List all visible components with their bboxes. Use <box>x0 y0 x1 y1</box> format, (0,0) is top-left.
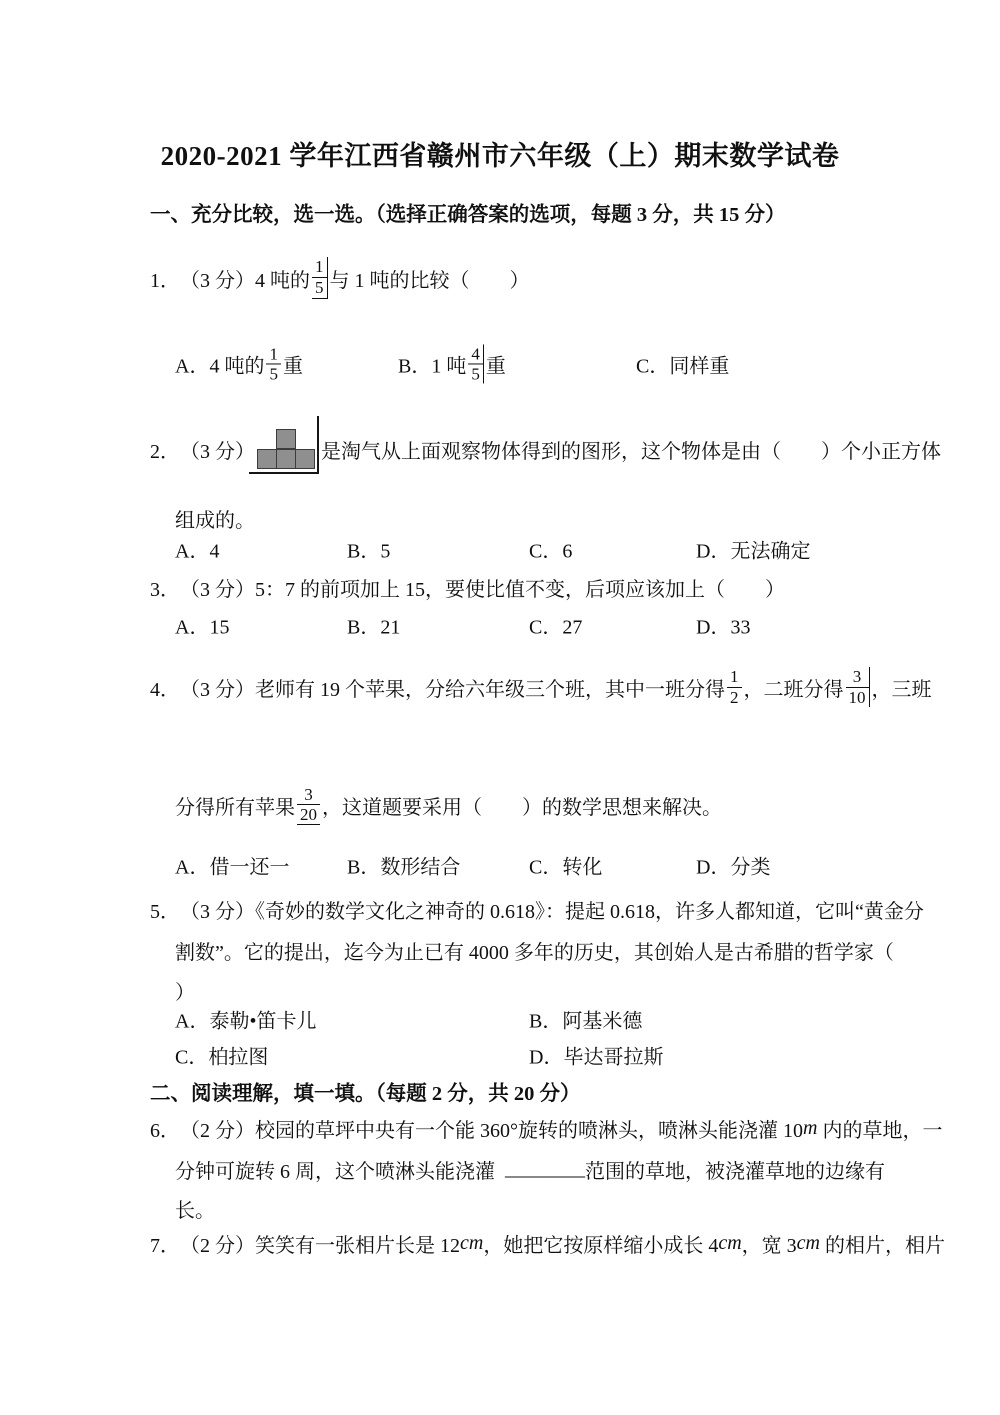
question-2-option-a: A．4 <box>175 535 219 564</box>
option-d-text: D．无法确定 <box>696 535 810 564</box>
question-1-option-b: B．1 吨 4 5 重 <box>398 344 506 383</box>
question-3-option-b: B．21 <box>347 611 400 640</box>
question-2-score: （3 分） <box>180 435 255 464</box>
question-7-text-3: ，宽 3 <box>742 1229 797 1258</box>
question-6-unit-m: m <box>803 1117 817 1140</box>
fraction-numerator: 1 <box>312 257 327 276</box>
question-4-option-d: D．分类 <box>696 851 770 880</box>
question-1-option-c: C．同样重 <box>636 350 729 379</box>
question-3-options: A．15 B．21 C．27 D．33 <box>0 611 1000 639</box>
option-c-text: C．27 <box>529 611 582 640</box>
section-one-heading-text: 一、充分比较，选一选。（选择正确答案的选项，每题 3 分，共 15 分） <box>150 197 786 227</box>
fraction-numerator: 3 <box>301 785 316 804</box>
question-6-line-2b: 范围的草地，被浇灌草地的边缘有 <box>585 1155 885 1184</box>
question-7-unit-cm-2: cm <box>718 1232 741 1255</box>
question-6: 6． （2 分）校园的草坪中央有一个能 360°旋转的喷淋头，喷淋头能浇灌 10… <box>150 1114 942 1143</box>
figure-vertical-line <box>317 416 319 474</box>
option-a-text: A．借一还一 <box>175 851 289 880</box>
figure-underline <box>249 472 317 474</box>
section-two-heading-text: 二、阅读理解，填一填。（每题 2 分，共 20 分） <box>150 1076 581 1106</box>
option-c-text: C．同样重 <box>636 350 729 379</box>
option-a-text: A．泰勒•笛卡儿 <box>175 1005 316 1034</box>
question-3-option-d: D．33 <box>696 611 750 640</box>
question-3-option-a: A．15 <box>175 611 229 640</box>
question-4-line-2: 分得所有苹果 3 20 ，这道题要采用（ ）的数学思想来解决。 <box>175 776 722 834</box>
question-4-text-5: ，这道题要采用（ ）的数学思想来解决。 <box>322 791 722 820</box>
question-6-line-2: 分钟可旋转 6 周，这个喷淋头能浇灌 ________ 范围的草地，被浇灌草地的… <box>175 1155 885 1184</box>
option-b-text-1: B．1 吨 <box>398 350 466 379</box>
question-5-line-3-text: ） <box>175 976 195 1005</box>
question-2-line-2-text: 组成的。 <box>175 504 255 533</box>
question-1-number: 1． <box>150 264 180 293</box>
question-5-number: 5． <box>150 895 180 924</box>
question-1-text-2: 与 1 吨的比较（ ） <box>330 264 530 293</box>
section-one-heading: 一、充分比较，选一选。（选择正确答案的选项，每题 3 分，共 15 分） <box>150 197 786 227</box>
fraction-numerator: 4 <box>468 344 483 363</box>
fraction-numerator: 1 <box>727 667 742 686</box>
fraction-four-fifths: 4 5 <box>468 344 484 383</box>
question-4-text-1: （3 分）老师有 19 个苹果，分给六年级三个班，其中一班分得 <box>180 673 725 702</box>
option-b-text: B．阿基米德 <box>529 1005 642 1034</box>
question-2-text: 是淘气从上面观察物体得到的图形，这个物体是由（ ）个小正方体 <box>321 435 941 464</box>
fraction-three-tenths: 3 10 <box>846 667 870 706</box>
question-4-options: A．借一还一 B．数形结合 C．转化 D．分类 <box>0 851 1000 879</box>
question-2-line-2: 组成的。 <box>175 504 255 533</box>
option-b-text-2: 重 <box>486 350 506 379</box>
question-6-line-1b: 内的草地，一 <box>817 1114 942 1143</box>
question-1-options: A．4 吨的 1 5 重 B．1 吨 4 5 重 C．同样重 <box>0 335 1000 393</box>
question-6-line-3: 长。 <box>175 1194 215 1223</box>
question-4-number: 4． <box>150 673 180 702</box>
question-1-option-a: A．4 吨的 1 5 重 <box>175 344 303 383</box>
block-square-bottom-left <box>257 449 277 469</box>
section-two-heading: 二、阅读理解，填一填。（每题 2 分，共 20 分） <box>150 1076 581 1106</box>
question-5-option-c: C．柏拉图 <box>175 1041 268 1070</box>
question-3: 3． （3 分）5：7 的前项加上 15，要使比值不变，后项应该加上（ ） <box>150 573 785 602</box>
question-5-line-2-text: 割数”。它的提出，迄今为止已有 4000 多年的历史，其创始人是古希腊的哲学家（ <box>175 936 894 965</box>
fraction-denominator: 20 <box>297 804 320 825</box>
block-square-bottom-right <box>295 449 315 469</box>
question-7-number: 7． <box>150 1229 180 1258</box>
question-3-option-c: C．27 <box>529 611 582 640</box>
option-c-text: C．转化 <box>529 851 602 880</box>
page-title-text: 2020-2021 学年江西省赣州市六年级（上）期末数学试卷 <box>161 134 840 173</box>
fraction-numerator: 3 <box>850 667 865 686</box>
question-2-number: 2． <box>150 435 180 464</box>
question-6-line-1a: （2 分）校园的草坪中央有一个能 360°旋转的喷淋头，喷淋头能浇灌 10 <box>180 1114 803 1143</box>
question-1: 1． （3 分）4 吨的 1 5 与 1 吨的比较（ ） <box>150 249 530 307</box>
question-2-options: A．4 B．5 C．6 D．无法确定 <box>0 535 1000 563</box>
question-5-line-3: ） <box>175 976 195 1005</box>
question-5-options-row-1: A．泰勒•笛卡儿 B．阿基米德 <box>0 1005 1000 1033</box>
question-4: 4． （3 分）老师有 19 个苹果，分给六年级三个班，其中一班分得 1 2 ，… <box>150 658 932 716</box>
block-square-bottom-middle <box>276 449 296 469</box>
question-4-text-2: ，二班分得 <box>744 673 844 702</box>
question-3-number: 3． <box>150 573 180 602</box>
question-5-option-d: D．毕达哥拉斯 <box>529 1041 663 1070</box>
fraction-three-twentieths: 3 20 <box>297 785 320 825</box>
top-view-blocks-figure <box>257 428 315 470</box>
question-3-text: （3 分）5：7 的前项加上 15，要使比值不变，后项应该加上（ ） <box>180 573 785 602</box>
question-2: 2． （3 分） 是淘气从上面观察物体得到的图形，这个物体是由（ ）个小正方体 <box>150 421 941 477</box>
option-b-text: B．5 <box>347 535 390 564</box>
fraction-denominator: 5 <box>468 364 483 384</box>
fraction-numerator: 1 <box>266 344 281 363</box>
question-5-line-2: 割数”。它的提出，迄今为止已有 4000 多年的历史，其创始人是古希腊的哲学家（ <box>175 936 894 965</box>
question-6-line-3-text: 长。 <box>175 1194 215 1223</box>
fraction-denominator: 2 <box>727 687 742 707</box>
fraction-denominator: 5 <box>312 277 327 297</box>
question-5-option-a: A．泰勒•笛卡儿 <box>175 1005 316 1034</box>
question-7-text-4: 的相片，相片 <box>820 1229 945 1258</box>
option-c-text: C．6 <box>529 535 572 564</box>
fraction-denominator: 10 <box>846 687 869 707</box>
option-c-text: C．柏拉图 <box>175 1041 268 1070</box>
option-a-text: A．15 <box>175 611 229 640</box>
question-4-text-3: ，三班 <box>872 673 932 702</box>
question-4-text-4: 分得所有苹果 <box>175 791 295 820</box>
question-2-option-c: C．6 <box>529 535 572 564</box>
question-4-option-c: C．转化 <box>529 851 602 880</box>
fill-in-blank: ________ <box>505 1158 585 1181</box>
question-2-option-d: D．无法确定 <box>696 535 810 564</box>
question-1-text-1: （3 分）4 吨的 <box>180 264 310 293</box>
option-a-text-2: 重 <box>283 350 303 379</box>
option-d-text: D．毕达哥拉斯 <box>529 1041 663 1070</box>
question-6-line-2a: 分钟可旋转 6 周，这个喷淋头能浇灌 <box>175 1155 505 1184</box>
question-2-option-b: B．5 <box>347 535 390 564</box>
question-7-unit-cm-1: cm <box>460 1232 483 1255</box>
option-a-text-1: A．4 吨的 <box>175 350 264 379</box>
question-7-unit-cm-3: cm <box>797 1232 820 1255</box>
page-title: 2020-2021 学年江西省赣州市六年级（上）期末数学试卷 <box>0 134 1000 173</box>
option-d-text: D．分类 <box>696 851 770 880</box>
question-7: 7． （2 分）笑笑有一张相片长是 12 cm ，她把它按原样缩小成长 4 cm… <box>150 1229 945 1258</box>
block-square-top <box>276 429 296 449</box>
fraction-one-fifth: 1 5 <box>312 257 328 298</box>
question-4-option-b: B．数形结合 <box>347 851 460 880</box>
fraction-one-half: 1 2 <box>727 667 742 706</box>
question-7-text-2: ，她把它按原样缩小成长 4 <box>483 1229 718 1258</box>
option-a-text: A．4 <box>175 535 219 564</box>
question-6-number: 6． <box>150 1114 180 1143</box>
option-b-text: B．数形结合 <box>347 851 460 880</box>
question-7-text-1: （2 分）笑笑有一张相片长是 12 <box>180 1229 460 1258</box>
question-5-option-b: B．阿基米德 <box>529 1005 642 1034</box>
option-b-text: B．21 <box>347 611 400 640</box>
question-5-options-row-2: C．柏拉图 D．毕达哥拉斯 <box>0 1041 1000 1069</box>
question-5-line-1: （3 分）《奇妙的数学文化之神奇的 0.618》：提起 0.618，许多人都知道… <box>180 895 924 924</box>
question-5: 5． （3 分）《奇妙的数学文化之神奇的 0.618》：提起 0.618，许多人… <box>150 895 924 924</box>
question-4-option-a: A．借一还一 <box>175 851 289 880</box>
fraction-one-fifth: 1 5 <box>266 344 281 383</box>
option-d-text: D．33 <box>696 611 750 640</box>
fraction-denominator: 5 <box>266 364 281 384</box>
